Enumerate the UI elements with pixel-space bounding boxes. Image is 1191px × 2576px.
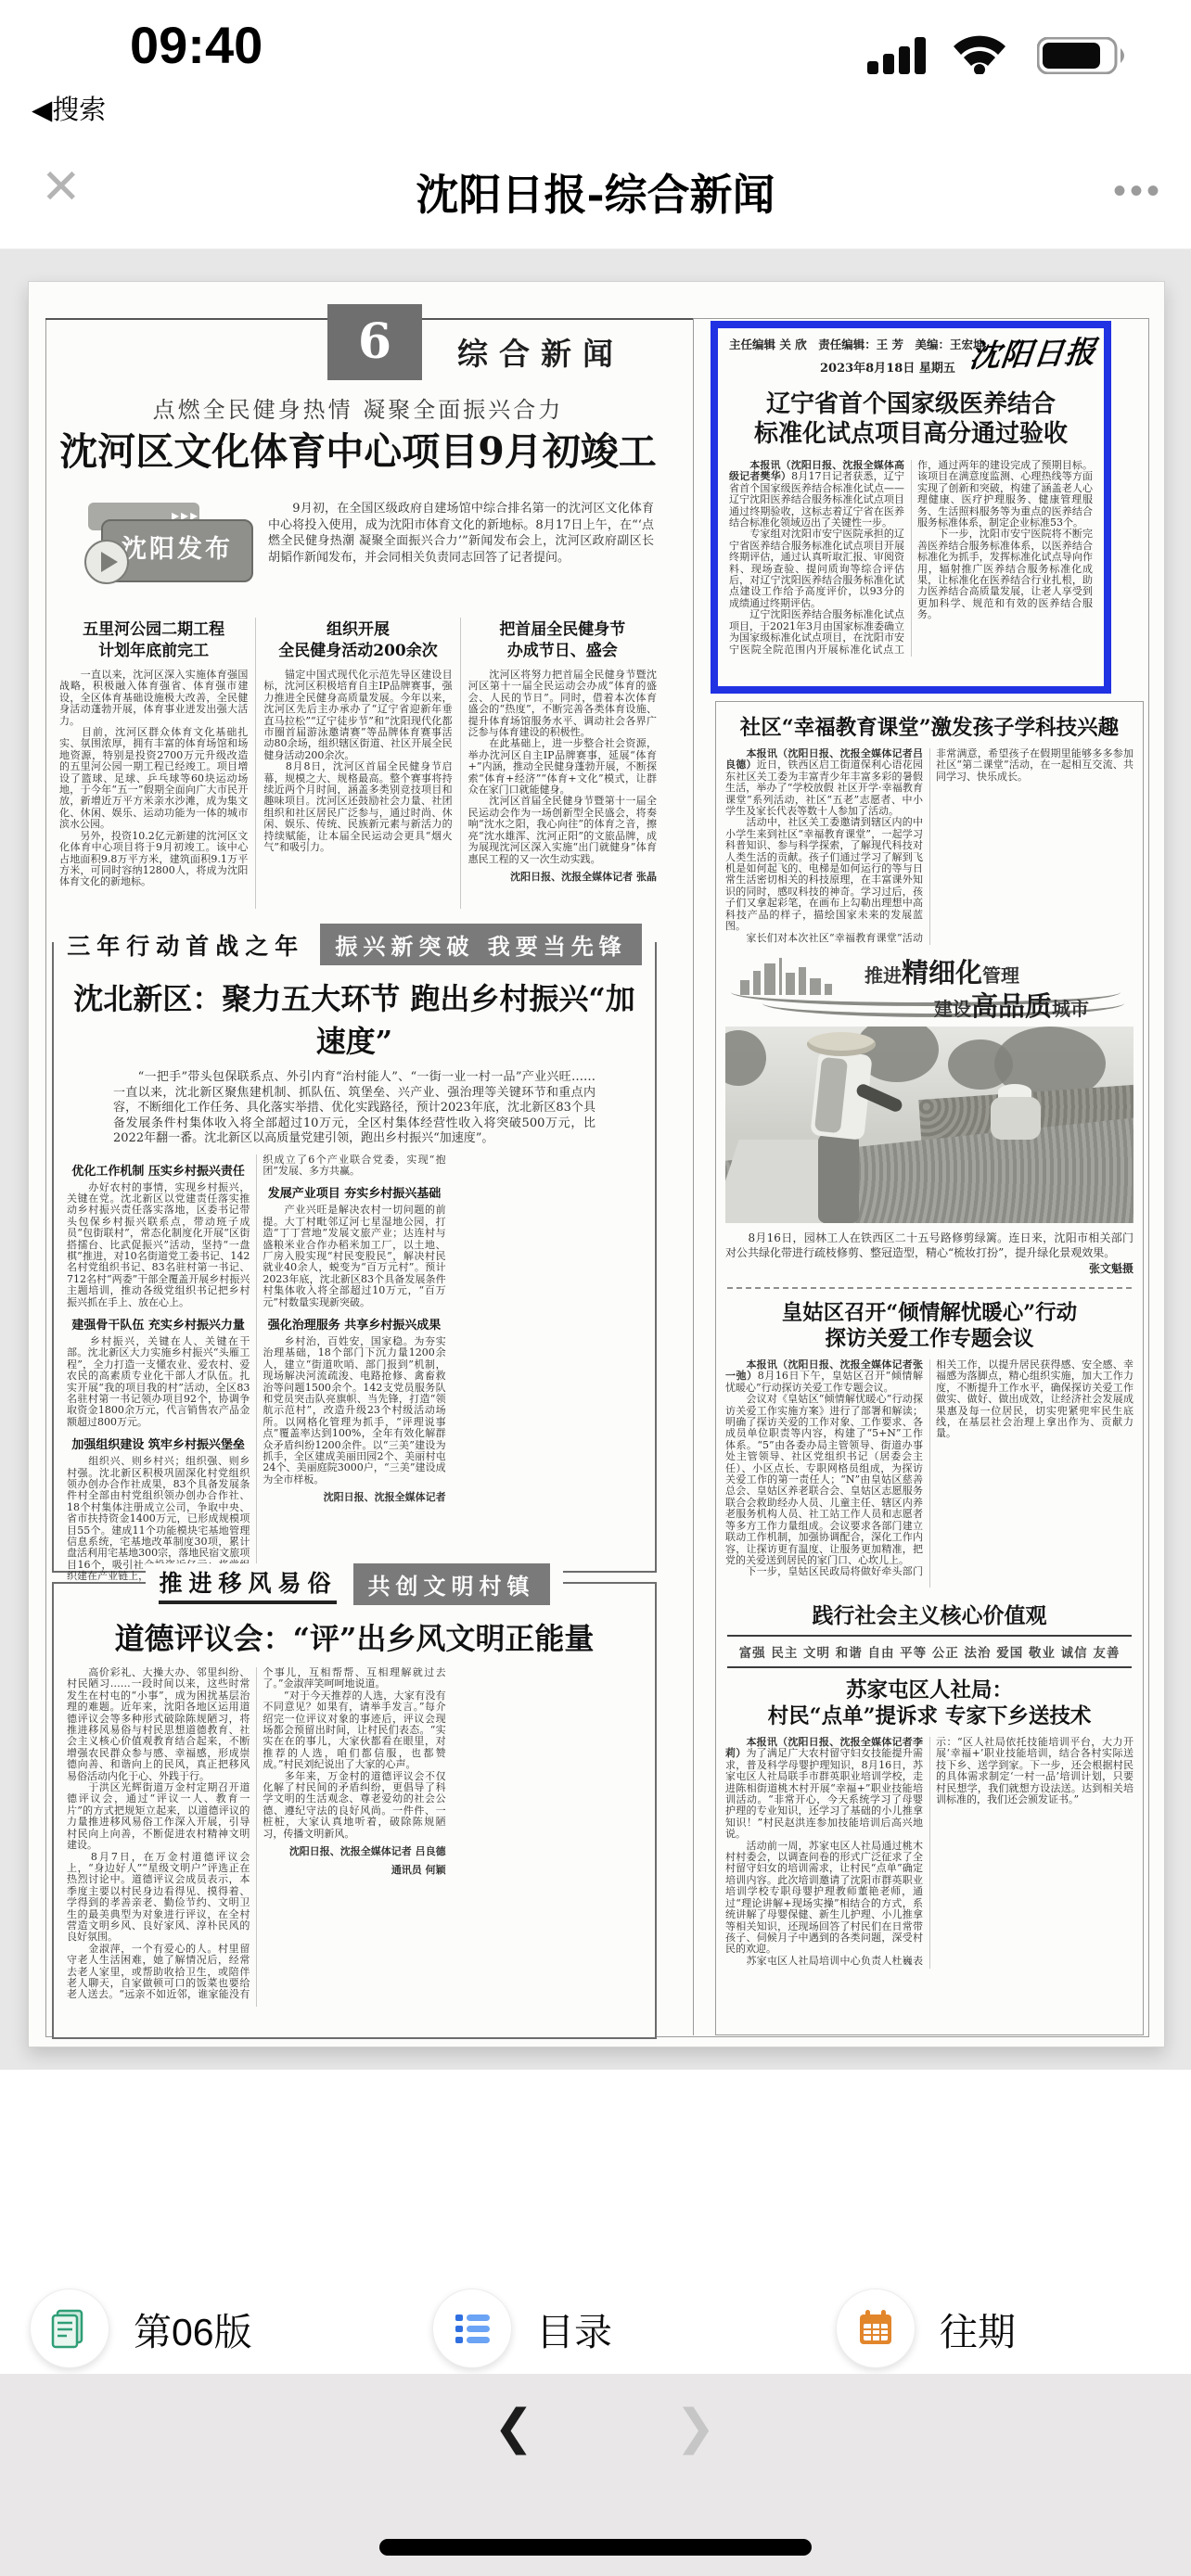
newspaper-icon <box>30 2289 109 2368</box>
column-divider <box>693 318 694 2035</box>
values-words: 富强 民主 文明 和谐 自由 平等 公正 法治 爱国 敬业 诚信 友善 <box>725 1642 1133 1661</box>
list-icon <box>432 2289 512 2368</box>
app-header: ✕ 沈阳日报-综合新闻 ••• <box>0 139 1191 249</box>
shenbei-article: 三年行动首战之年 振兴新突破 我要当先锋 沈北新区：聚力五大环节 跑出乡村振兴“… <box>52 942 657 1573</box>
home-indicator[interactable] <box>379 2539 812 2556</box>
right-article-box: 社区“幸福教育课堂”激发孩子学科技兴趣 本报讯（沈阳日报、沈报全媒体记者吕良德）… <box>715 701 1144 2035</box>
toolbar-label-archive: 往期 <box>940 2302 1016 2356</box>
page-title: 沈阳日报-综合新闻 <box>0 161 1191 223</box>
core-values-banner: 践行社会主义核心价值观 富强 民主 文明 和谐 自由 平等 公正 法治 爱国 敬… <box>725 1599 1133 1668</box>
section-title: 综合新闻 <box>448 330 634 374</box>
daode-byline-2: 通讯员 何颖 <box>263 1862 445 1877</box>
lead-byline: 沈阳日报、沈报全媒体记者 张晶 <box>468 869 657 884</box>
huanggu-headline-1: 皇姑区召开“倾情解忧暖心”行动 <box>725 1300 1133 1326</box>
shenbei-headline: 沈北新区：聚力五大环节 跑出乡村振兴“加速度” <box>63 976 646 1061</box>
subcol-2: 组织开展全民健身活动200余次 锚定中国式现代化示范先导区建设目标，沈河区积极培… <box>255 618 459 909</box>
status-bar: 09:40 ◀搜索 <box>0 0 1191 130</box>
toolbar-label-toc: 目录 <box>536 2302 612 2356</box>
subcol-2-body: 锚定中国式现代化示范先导区建设目标，沈河区积极培育自主IP品牌赛事，强力推进全民… <box>263 670 452 854</box>
toolbar-item-archive[interactable]: 往期 <box>836 2289 1016 2368</box>
yiyang-headline-2: 标准化试点项目高分通过验收 <box>718 419 1104 449</box>
sujiatun-headline-2: 村民“点单”提诉求 专家下乡送技术 <box>725 1703 1133 1729</box>
wenming-tag-box: 共创文明村镇 <box>353 1563 550 1605</box>
clock: 09:40 <box>130 15 263 75</box>
yiyang-headline-1: 辽宁省首个国家级医养结合 <box>718 389 1104 419</box>
highlighted-article[interactable]: 主任编辑 关 欣 责任编辑：王 芳 美编：王宏坤 2023年8月18日 星期五 … <box>711 321 1111 694</box>
toolbar-item-toc[interactable]: 目录 <box>432 2289 612 2368</box>
shenbei-byline: 沈阳日报、沈报全媒体记者 <box>263 1489 445 1504</box>
shenyang-fabu-badge: ▸▸▸ 沈阳发布 <box>83 503 253 592</box>
subcol-1: 五里河公园二期工程计划年底前完工 一直以来，沈河区深入实施体育强国战略，积极融入… <box>52 618 255 909</box>
signal-icon <box>867 35 928 74</box>
daode-headline: 道德评议会：“评”出乡风文明正能量 <box>63 1615 646 1658</box>
subcol-3: 把首届全民健身节办成节日、盛会 沈河区将努力把首届全民健身节暨沈河区第十一届全民… <box>460 618 664 909</box>
xingfu-body: 本报讯（沈阳日报、沈报全媒体记者吕良德）近日，铁西区启工街道保利心语花园东社区关… <box>725 748 1133 945</box>
calendar-icon <box>836 2289 916 2368</box>
wifi-icon <box>952 33 1007 74</box>
lead-subcolumns: 五里河公园二期工程计划年底前完工 一直以来，沈河区深入实施体育强国战略，积极融入… <box>52 618 664 909</box>
issue-date: 2023年8月18日 星期五 <box>820 358 955 376</box>
prev-page-button[interactable]: ❮ <box>493 2400 534 2455</box>
yiyang-body: 本报讯（沈阳日报、沈报全媒体高级记者樊华）8月17日记者获悉，辽宁省首个国家级医… <box>729 460 1093 657</box>
newspaper-page[interactable]: 6 综合新闻 点燃全民健身热情 凝聚全面振兴合力 沈河区文化体育中心项目9月初竣… <box>28 281 1165 2047</box>
battery-icon <box>1037 37 1130 74</box>
campaign-tag-box: 振兴新突破 我要当先锋 <box>320 924 641 965</box>
viewer-area: 6 综合新闻 点燃全民健身热情 凝聚全面振兴合力 沈河区文化体育中心项目9月初竣… <box>0 249 1191 2070</box>
daode-body: 高价彩礼、大操大办、邻里纠纷、村民陋习……一段时间以来，这些时常发生在村屯的“小… <box>67 1667 642 2007</box>
huanggu-headline-2: 探访关爱工作专题会议 <box>725 1326 1133 1352</box>
sujiatun-headline-1: 苏家屯区人社局： <box>725 1677 1133 1703</box>
play-icon <box>84 540 129 584</box>
photo-credit: 张文魁摄 <box>725 1260 1133 1276</box>
brand-logo: 沈阳日报 <box>967 328 1099 376</box>
yifengyisu-tag: 推进移风易俗 <box>159 1565 337 1604</box>
daode-article: 推进移风易俗 共创文明村镇 道德评议会：“评”出乡风文明正能量 高价彩礼、大操大… <box>52 1582 657 2039</box>
page-number-box: 6 <box>327 304 422 380</box>
sujiatun-body: 本报讯（沈阳日报、沈报全媒体记者李莉）为了满足广大农村留守妇女技能提升需求，普及… <box>725 1737 1133 1969</box>
toolbar-label-page: 第06版 <box>134 2302 252 2356</box>
shenbei-body: 优化工作机制 压实乡村振兴责任 办好农村的事情，实现乡村振兴，关键在党。沈北新区… <box>67 1154 642 1588</box>
xingfu-headline: 社区“幸福教育课堂”激发孩子学科技兴趣 <box>725 715 1133 741</box>
daode-byline-1: 沈阳日报、沈报全媒体记者 吕良德 <box>263 1843 445 1858</box>
lead-intro: ▸▸▸ 沈阳发布 9月初，在全国区级政府自建场馆中综合排名第一的沈河区文化体育中… <box>83 501 654 595</box>
editors-line: 主任编辑 关 欣 责任编辑：王 芳 美编：王宏坤 <box>729 336 985 352</box>
more-icon[interactable]: ••• <box>1113 171 1163 212</box>
photo-caption: 8月16日，园林工人在铁西区二十五号路修剪绿篱。连日来，沈阳市相关部门对公共绿化… <box>725 1231 1133 1260</box>
shenbei-intro: “一把手”带头包保联系点、外引内育“治村能人”、“一街一业一村一品”产业兴旺……… <box>113 1070 595 1147</box>
campaign-tag: 三年行动首战之年 <box>67 928 304 962</box>
lead-kicker: 点燃全民健身热情 凝聚全面振兴合力 <box>52 391 664 424</box>
toolbar-item-page[interactable]: 第06版 <box>30 2289 252 2368</box>
dashed-divider <box>727 1287 1132 1289</box>
gardeners-photo <box>725 1027 1133 1223</box>
back-to-search-link[interactable]: ◀搜索 <box>32 89 106 127</box>
subcol-1-body: 一直以来，沈河区深入实施体育强国战略，积极融入体育强省、体育强市建设，全区体育基… <box>59 670 248 888</box>
values-title: 践行社会主义核心价值观 <box>725 1599 1133 1629</box>
huanggu-body: 本报讯（沈阳日报、沈报全媒体记者张一弛）8月16日下午，皇姑区召开“倾情解忧暖心… <box>725 1359 1133 1588</box>
fine-management-banner: 推进精细化管理 建设高品质城市 <box>725 952 1133 1021</box>
lead-headline: 沈河区文化体育中心项目9月初竣工 <box>43 421 673 476</box>
subcol-3-body: 沈河区将努力把首届全民健身节暨沈河区第十一届全民运动会办成“体育的盛会、人民的节… <box>468 670 657 865</box>
next-page-button[interactable]: ❯ <box>675 2400 716 2455</box>
